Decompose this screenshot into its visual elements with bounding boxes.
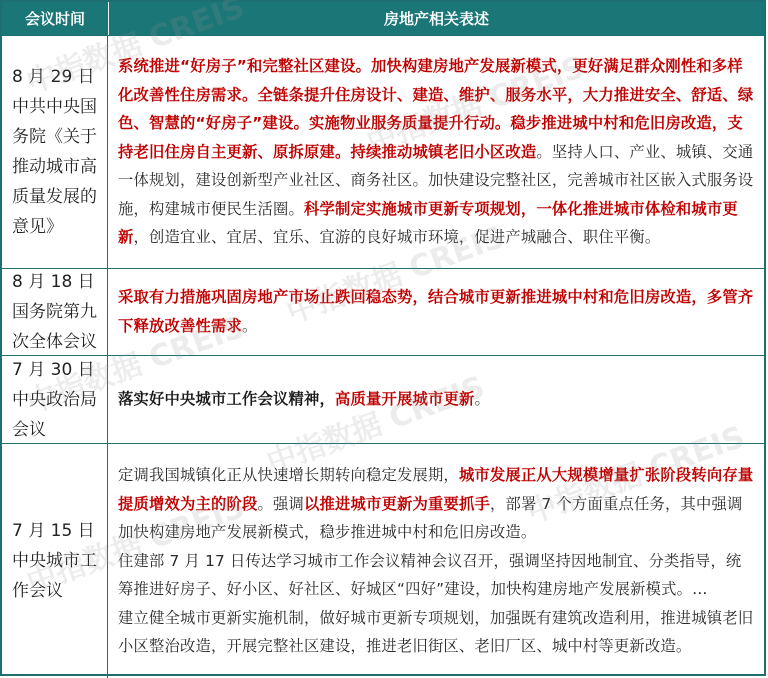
meeting-cell: 7 月 15 日 中央城市工作会议 <box>2 444 108 678</box>
meeting-date: 7 月 15 日 <box>12 521 95 541</box>
table-row: 8 月 29 日 中共中央国务院《关于推动城市高质量发展的意见》 系统推进“好房… <box>2 35 764 268</box>
header-real-estate-statement: 房地产相关表述 <box>109 2 764 35</box>
meeting-name: 中共中央国务院《关于推动城市高质量发展的意见》 <box>12 97 97 237</box>
statement-cell: 落实好中央城市工作会议精神，高质量开展城市更新。 <box>108 356 764 443</box>
header-meeting-time: 会议时间 <box>2 2 109 35</box>
policy-table: 会议时间 房地产相关表述 8 月 29 日 中共中央国务院《关于推动城市高质量发… <box>0 0 766 676</box>
statement-text: 落实好中央城市工作会议精神， <box>118 390 335 408</box>
statement-text: ，创造宜业、宜居、宜乐、宜游的良好城市环境，促进产城融合、职住平衡。 <box>134 228 661 246</box>
table-row: 8 月 18 日 国务院第九次全体会议 采取有力措施巩固房地产市场止跌回稳态势，… <box>2 268 764 355</box>
highlighted-text: 高质量开展城市更新 <box>335 390 474 408</box>
meeting-cell: 7 月 30 日 中央政治局会议 <box>2 356 108 443</box>
meeting-date: 7 月 30 日 <box>12 360 95 380</box>
highlighted-text: 采取有力措施巩固房地产市场止跌回稳态势，结合城市更新推进城中村和危旧房改造，多管… <box>118 288 753 335</box>
statement-cell: 定调我国城镇化正从快速增长期转向稳定发展期，城市发展正从大规模增量扩张阶段转向存… <box>108 444 764 678</box>
meeting-cell: 8 月 29 日 中共中央国务院《关于推动城市高质量发展的意见》 <box>2 36 108 268</box>
table-header: 会议时间 房地产相关表述 <box>2 2 764 35</box>
meeting-date: 8 月 29 日 <box>12 67 95 87</box>
meeting-name: 国务院第九次全体会议 <box>12 302 97 352</box>
meeting-name: 中央城市工作会议 <box>12 551 97 601</box>
statement-text: 。 <box>242 317 258 335</box>
statement-text: 。 <box>474 390 490 408</box>
statement-text: 定调我国城镇化正从快速增长期转向稳定发展期， <box>118 466 459 484</box>
table-row: 7 月 15 日 中央城市工作会议 定调我国城镇化正从快速增长期转向稳定发展期，… <box>2 443 764 678</box>
statement-text: 住建部 7 月 17 日传达学习城市工作会议精神会议召开，强调坚持因地制宜、分类… <box>118 552 741 599</box>
meeting-date: 8 月 18 日 <box>12 272 95 292</box>
meeting-name: 中央政治局会议 <box>12 390 97 440</box>
statement-text: 。强调 <box>257 495 304 513</box>
statement-text: 建立健全城市更新实施机制，做好城市更新专项规划，加强既有建筑改造利用，推进城镇老… <box>118 609 753 656</box>
highlighted-text: 以推进城市更新为重要抓手 <box>304 495 490 513</box>
statement-cell: 采取有力措施巩固房地产市场止跌回稳态势，结合城市更新推进城中村和危旧房改造，多管… <box>108 269 764 355</box>
meeting-cell: 8 月 18 日 国务院第九次全体会议 <box>2 269 108 355</box>
statement-cell: 系统推进“好房子”和完整社区建设。加快构建房地产发展新模式，更好满足群众刚性和多… <box>108 36 764 268</box>
table-row: 7 月 30 日 中央政治局会议 落实好中央城市工作会议精神，高质量开展城市更新… <box>2 355 764 443</box>
